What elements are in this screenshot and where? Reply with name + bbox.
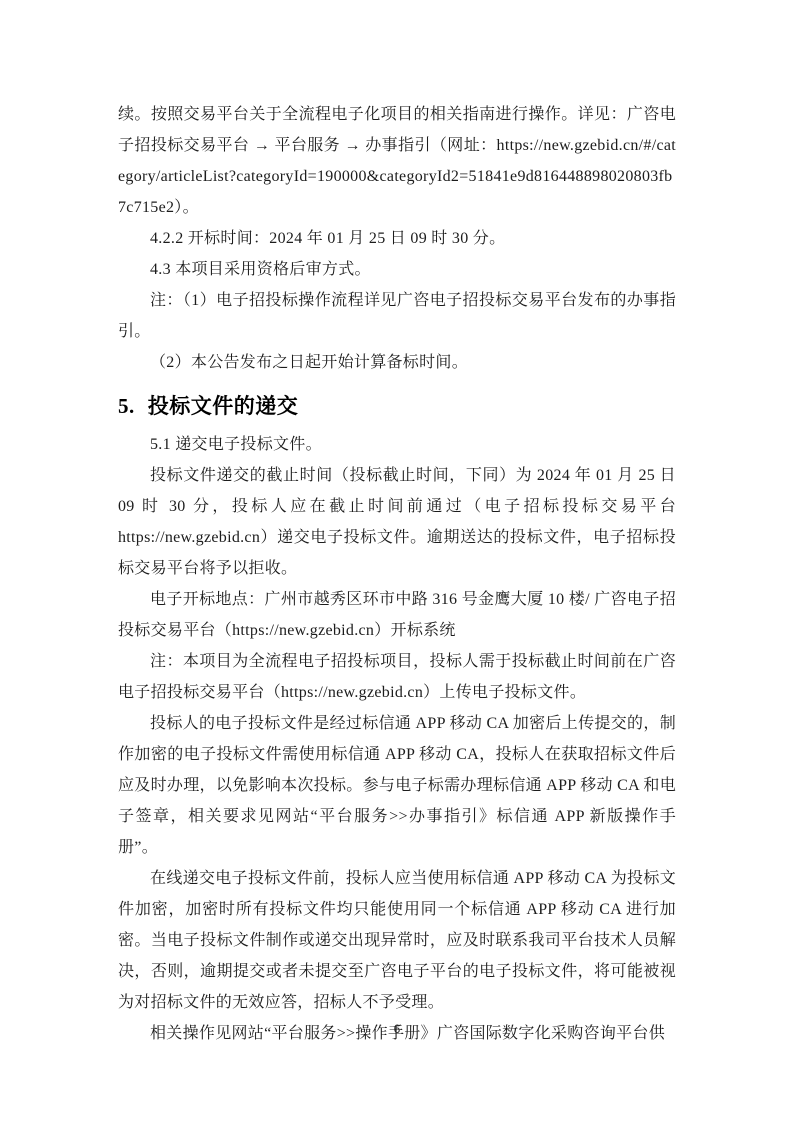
document-content: 续。按照交易平台关于全流程电子化项目的相关指南进行操作。详见：广咨电子招投标交易… <box>118 99 676 1049</box>
paragraph-note-full-process: 注：本项目为全流程电子招投标项目，投标人需于投标截止时间前在广咨电子招投标交易平… <box>118 646 676 708</box>
document-page: 续。按照交易平台关于全流程电子化项目的相关指南进行操作。详见：广咨电子招投标交易… <box>0 0 794 1123</box>
page-number: 6 <box>394 1022 401 1036</box>
page-footer: 6 <box>0 1021 794 1037</box>
paragraph-submission-deadline: 投标文件递交的截止时间（投标截止时间，下同）为 2024 年 01 月 25 日… <box>118 460 676 584</box>
paragraph-bid-opening-time: 4.2.2 开标时间：2024 年 01 月 25 日 09 时 30 分。 <box>118 223 676 254</box>
section-heading-number: 5. <box>118 394 135 418</box>
section-heading-title: 投标文件的递交 <box>148 395 299 418</box>
paragraph-note-2: （2）本公告发布之日起开始计算备标时间。 <box>118 347 676 378</box>
section-heading-5: 5.投标文件的递交 <box>118 391 676 422</box>
paragraph-clause-5-1: 5.1 递交电子投标文件。 <box>118 429 676 460</box>
paragraph-encryption-rules: 在线递交电子投标文件前，投标人应当使用标信通 APP 移动 CA 为投标文件加密… <box>118 863 676 1018</box>
paragraph-opening-location: 电子开标地点：广州市越秀区环市中路 316 号金鹰大厦 10 楼/ 广咨电子招投… <box>118 584 676 646</box>
paragraph-mobile-ca: 投标人的电子投标文件是经过标信通 APP 移动 CA 加密后上传提交的，制作加密… <box>118 708 676 863</box>
paragraph-continuation-platform-guide: 续。按照交易平台关于全流程电子化项目的相关指南进行操作。详见：广咨电子招投标交易… <box>118 99 676 223</box>
paragraph-qualification-review: 4.3 本项目采用资格后审方式。 <box>118 254 676 285</box>
paragraph-note-1: 注：（1）电子招投标操作流程详见广咨电子招投标交易平台发布的办事指引。 <box>118 285 676 347</box>
